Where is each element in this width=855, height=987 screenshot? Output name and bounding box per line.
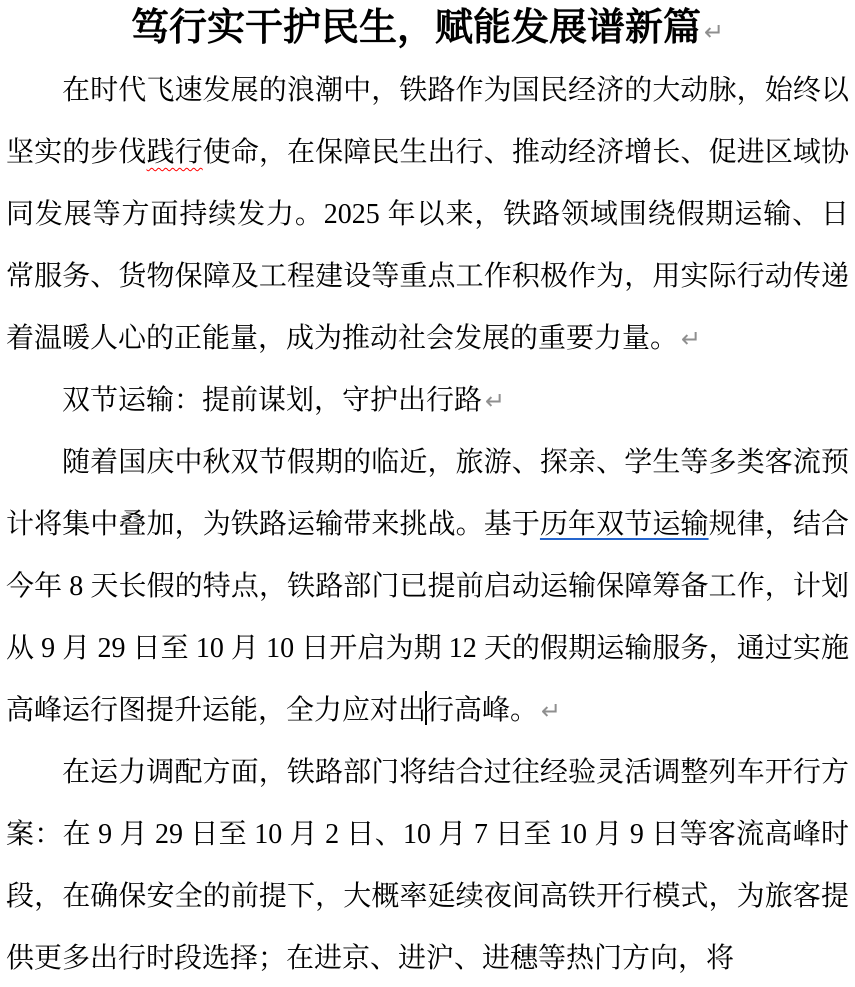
document-title-text: 笃行实干护民生，赋能发展谱新篇 xyxy=(131,7,701,49)
paragraph-mark-icon: ↵ xyxy=(485,387,505,415)
hyperlink-run[interactable]: 历年双节运输 xyxy=(540,509,709,540)
text-run: 在运力调配方面，铁路部门将结合过往经验灵活调整列车开行方案：在 9 月 29 日… xyxy=(6,757,849,974)
document-page[interactable]: 笃行实干护民生，赋能发展谱新篇↵ 在时代飞速发展的浪潮中，铁路作为国民经济的大动… xyxy=(0,0,855,987)
text-run: 规律，结合今年 8 天长假的特点，铁路部门已提前启动运输保障筹备工作，计划从 9… xyxy=(6,509,849,726)
subheading-text: 双节运输：提前谋划，守护出行路 xyxy=(62,385,482,416)
document-title: 笃行实干护民生，赋能发展谱新篇↵ xyxy=(6,0,849,60)
paragraph-intro[interactable]: 在时代飞速发展的浪潮中，铁路作为国民经济的大动脉，始终以坚实的步伐践行使命，在保… xyxy=(6,60,849,370)
paragraph-mark-icon: ↵ xyxy=(541,697,561,725)
paragraph-holiday-transport[interactable]: 随着国庆中秋双节假期的临近，旅游、探亲、学生等多类客流预计将集中叠加，为铁路运输… xyxy=(6,432,849,742)
paragraph-mark-icon: ↵ xyxy=(704,18,724,46)
section-subheading[interactable]: 双节运输：提前谋划，守护出行路↵ xyxy=(6,370,849,432)
text-run: 使命，在保障民生出行、推动经济增长、促进区域协同发展等方面持续发力。2025 年… xyxy=(6,137,849,354)
spellcheck-underlined-run: 践行 xyxy=(147,137,203,168)
paragraph-capacity-plan[interactable]: 在运力调配方面，铁路部门将结合过往经验灵活调整列车开行方案：在 9 月 29 日… xyxy=(6,742,849,987)
paragraph-mark-icon: ↵ xyxy=(681,325,701,353)
text-run: 行高峰。 xyxy=(426,695,538,726)
